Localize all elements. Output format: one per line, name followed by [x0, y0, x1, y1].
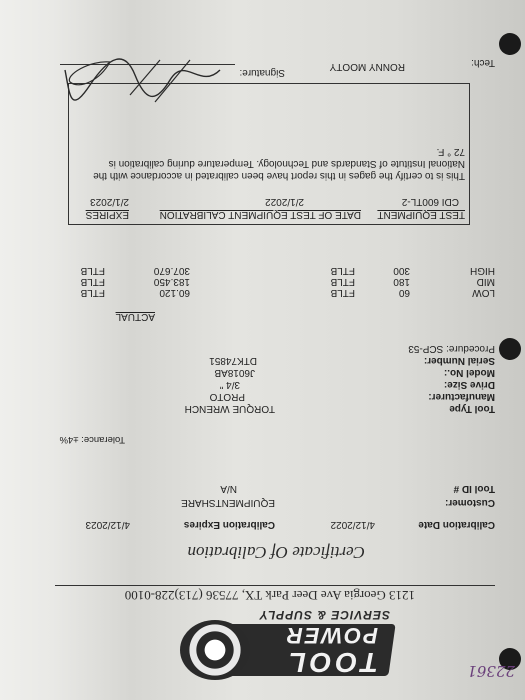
procedure-label: Procedure:	[446, 343, 495, 354]
reading-actual-unit: FTLB	[81, 287, 105, 298]
tech-name: RONNY MOOTY	[330, 61, 405, 72]
tool-type-value: TORQUE WRENCH	[185, 403, 275, 414]
company-logo: TOOL POWER SERVICE & SUPPLY	[150, 610, 400, 688]
statement-line-2: National Institute of Standards and Tech…	[85, 157, 465, 169]
reading-unit: FTLB	[331, 276, 355, 287]
reading-actual-unit: FTLB	[81, 265, 105, 276]
header-test-equipment: TEST EQUIPMENT	[377, 209, 465, 220]
header-divider	[55, 585, 495, 586]
customer-value: EQUIPMENTSHARE	[181, 497, 275, 508]
procedure-row: Procedure: SCP-53	[408, 343, 495, 354]
serial-value: DTK74851	[209, 355, 257, 366]
reading-unit: FTLB	[331, 265, 355, 276]
procedure-value: SCP-53	[408, 343, 443, 354]
company-address: 1213 Georgia Ave Deer Park TX, 77536 (71…	[125, 587, 415, 603]
logo-text-power: POWER	[285, 622, 378, 648]
reading-actual: 307.670	[154, 265, 190, 276]
serial-label: Serial Number:	[424, 355, 495, 366]
header-calibration-date: DATE OF TEST EQUIPMENT CALIBRATION	[160, 209, 361, 220]
tolerance-label-text: Tolerance:	[81, 434, 125, 445]
reading-unit: FTLB	[331, 287, 355, 298]
certification-statement: This is to certify the gages in this rep…	[85, 145, 465, 181]
calibration-date-value: 4/12/2022	[331, 519, 376, 530]
model-value: J6018AB	[214, 367, 255, 378]
tech-label: Tech:	[471, 57, 495, 68]
reading-level: HIGH	[470, 265, 495, 276]
manufacturer-value: PROTO	[210, 391, 245, 402]
punch-hole	[499, 33, 521, 55]
certificate-title: Certificate Of Calibration	[187, 542, 365, 562]
drive-size-label: Drive Size:	[444, 379, 495, 390]
calibration-certificate-page: 22361 TOOL POWER SERVICE & SUPPLY 1213 G…	[0, 0, 525, 700]
tolerance-label: Tolerance: ±4%	[60, 434, 125, 445]
model-label: Model No.:	[444, 367, 495, 378]
logo-tagline: SERVICE & SUPPLY	[259, 608, 390, 622]
reading-actual: 183.450	[154, 276, 190, 287]
handwritten-note: 22361	[467, 662, 515, 680]
drive-size-value: 3/4 "	[220, 379, 240, 390]
calibration-expires-label: Calibration Expires	[184, 519, 275, 530]
tolerance-value: ±4%	[60, 434, 79, 445]
swirl-logo-icon	[180, 620, 250, 680]
tool-id-value: N/A	[220, 483, 237, 494]
reading-actual: 60.120	[159, 287, 190, 298]
reading-level: LOW	[472, 287, 495, 298]
statement-line-1: This is to certify the gages in this rep…	[85, 169, 465, 181]
customer-label: Customer:	[445, 497, 495, 508]
reading-setpoint: 60	[399, 287, 410, 298]
logo-text-tool: TOOL	[285, 646, 378, 678]
manufacturer-label: Manufacturer:	[428, 391, 495, 402]
tool-type-label: Tool Type	[449, 403, 495, 414]
actual-header: ACTUAL	[116, 311, 155, 322]
calibration-date-label: Calibration Date	[418, 519, 495, 530]
reading-setpoint: 180	[393, 276, 410, 287]
punch-hole	[499, 338, 521, 360]
tool-id-label: Tool ID #	[454, 483, 495, 494]
header-expires: EXPIRES	[86, 209, 129, 220]
test-equipment-value: CDI 600TL-2	[402, 196, 459, 207]
test-equipment-expires: 2/1/2023	[90, 196, 129, 207]
calibration-expires-value: 4/12/2023	[86, 519, 131, 530]
reading-setpoint: 300	[393, 265, 410, 276]
signature-icon	[60, 50, 230, 110]
signature-label: Signature:	[239, 67, 285, 78]
test-equipment-date: 2/1/2022	[265, 196, 304, 207]
reading-level: MID	[477, 276, 495, 287]
reading-actual-unit: FTLB	[81, 276, 105, 287]
statement-line-3: 72 ° F.	[85, 145, 465, 157]
